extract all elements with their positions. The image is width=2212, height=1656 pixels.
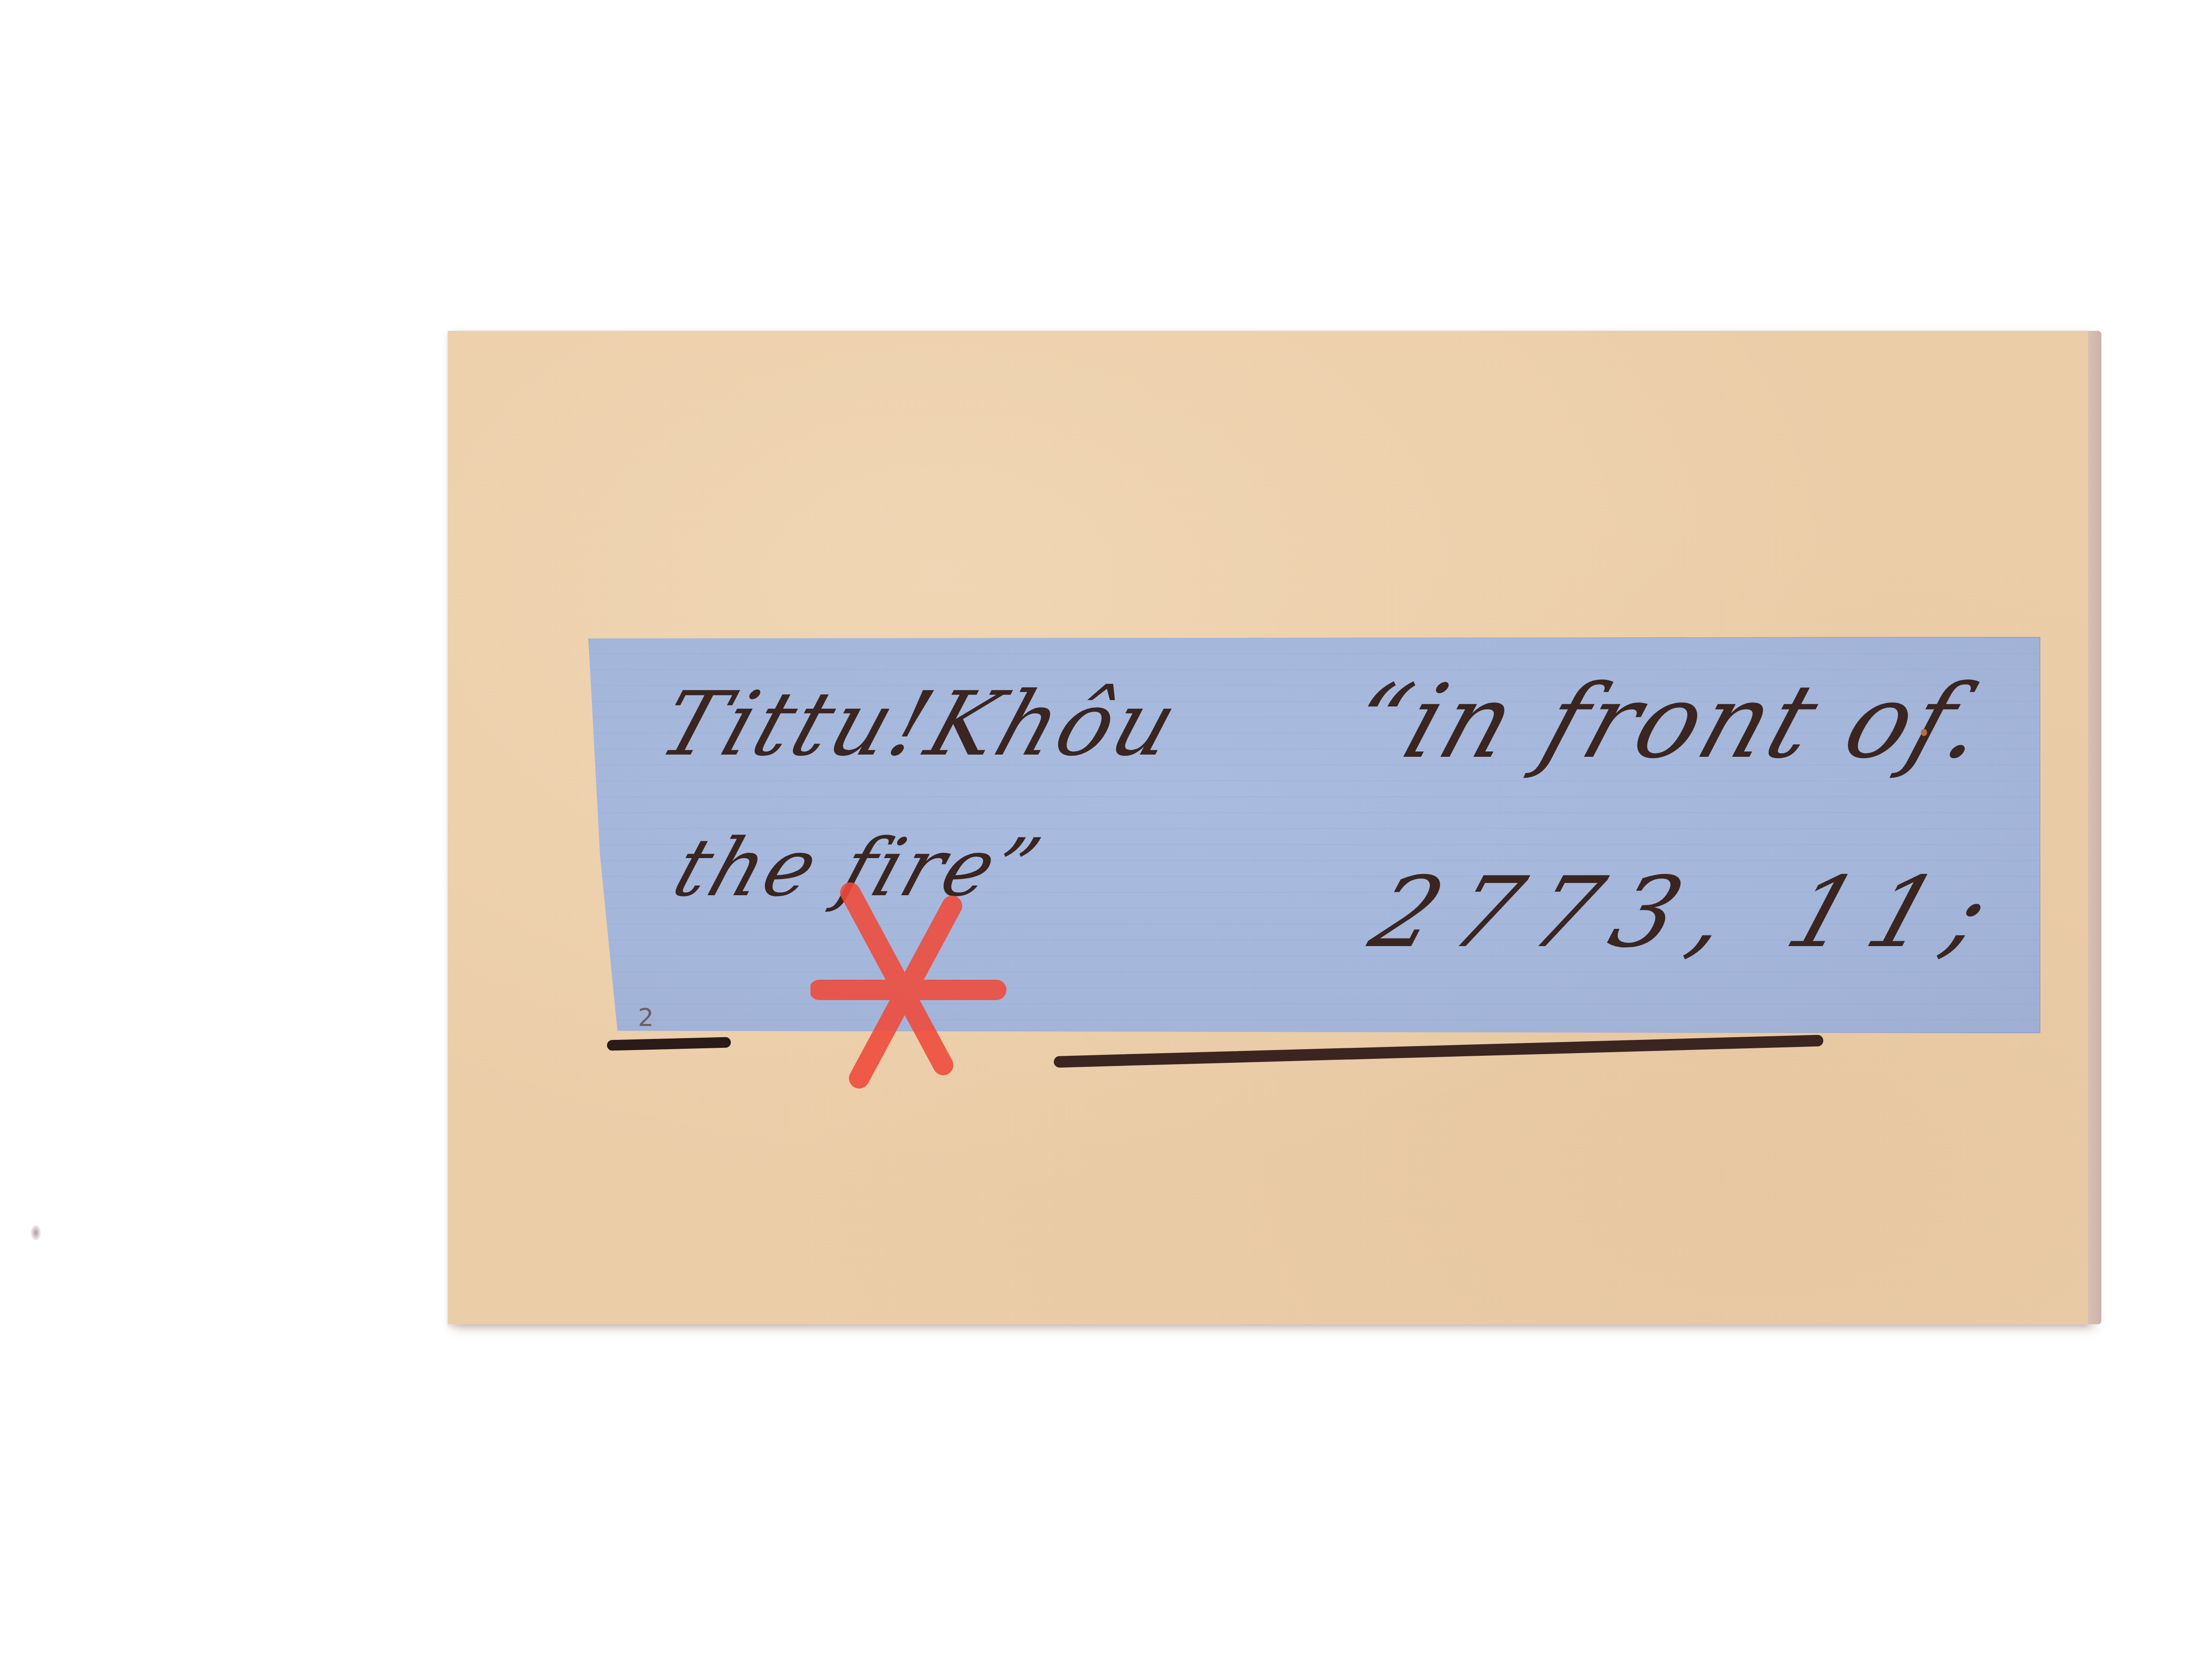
headword-underline — [1054, 1035, 1824, 1068]
small-number-mark: 2 — [638, 1003, 654, 1032]
card-shadow-edge — [2088, 331, 2101, 1324]
reference-number: 2773, 11; — [1361, 864, 2018, 961]
gloss-line-1: “in front of. — [1338, 671, 2002, 773]
red-asterisk-icon — [810, 879, 1023, 1092]
ink-dash — [607, 1037, 731, 1050]
headword: Tittu!Khôu — [650, 680, 1190, 769]
ink-speck — [1921, 729, 1927, 736]
mounting-card: Tittu!Khôu “in front of. the fire” 2773,… — [448, 331, 2088, 1324]
background-speck — [31, 1225, 41, 1240]
